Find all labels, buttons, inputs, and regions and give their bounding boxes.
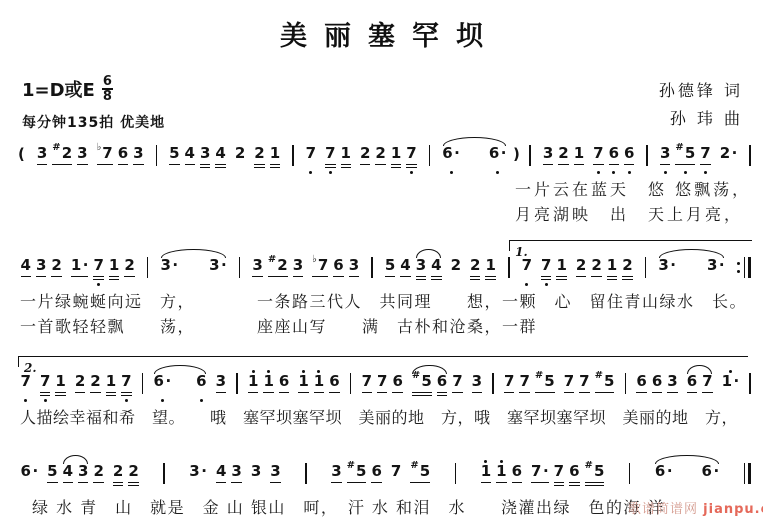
beam-lines — [437, 390, 447, 397]
octave-dot-below-slot — [24, 397, 27, 405]
note: 6 — [115, 140, 130, 177]
note: 2 — [448, 252, 463, 289]
beam-lines — [216, 390, 226, 397]
thin-bar — [429, 145, 431, 166]
beam-group: 116 — [296, 368, 342, 405]
key-text: 1=D或E — [22, 76, 95, 102]
beam-group: 2 — [232, 140, 247, 177]
note: 4 — [18, 252, 33, 289]
note: #5 — [582, 458, 607, 495]
note-digit: 2 — [235, 145, 245, 162]
beam-group: 2212 — [573, 252, 635, 289]
beam-lines — [485, 274, 495, 281]
lyrics-line: 一首歌轻轻飘 荡， 座座山写 满 古朴和沧桑，一群 — [18, 314, 751, 339]
note-digit: 1 — [314, 373, 324, 390]
beam-line — [576, 276, 586, 278]
note-digit: 6· — [442, 145, 460, 162]
note: 3 — [229, 458, 244, 495]
beam-group: 5434 — [382, 252, 444, 289]
beam-lines — [400, 274, 410, 281]
beam-line — [75, 392, 85, 394]
lyrics-line: 一片绿蜿蜒向远 方， 一条路三代人 共同理 想，一颗 心 留住青山绿水 长。 — [18, 289, 751, 314]
octave-dot-below-slot — [125, 397, 128, 405]
note-digit: 3 — [133, 145, 143, 162]
beam-line — [90, 392, 100, 394]
note: 3· — [187, 458, 210, 495]
note: 2 — [373, 140, 388, 177]
note: 3 — [250, 252, 265, 289]
note-digit: #5 — [347, 463, 367, 480]
note-digit: #5 — [410, 463, 430, 480]
octave-dot-below-slot — [450, 169, 453, 177]
beam-lines — [298, 390, 308, 397]
note-digit: 2 — [558, 145, 568, 162]
barline — [147, 257, 149, 278]
note: 7 — [91, 252, 106, 289]
composer-credit: 孙 玮 曲 — [670, 106, 743, 129]
beam-lines — [36, 274, 46, 281]
augmentation-dot: · — [732, 145, 738, 162]
note: 7 — [700, 368, 715, 405]
repeat-dot — [737, 270, 740, 273]
note: 2 — [72, 368, 87, 405]
beam-lines — [564, 390, 574, 397]
note-digit: 4 — [21, 257, 31, 274]
beam-line — [543, 164, 553, 166]
beam-line — [609, 164, 619, 166]
note: 1 — [53, 368, 68, 405]
beam-lines — [655, 480, 673, 487]
note: 3 — [213, 368, 228, 405]
note: 3 — [329, 458, 344, 495]
sharp-icon: # — [585, 461, 593, 471]
note-digit: 3 — [667, 373, 677, 390]
note: 4 — [60, 458, 75, 495]
note-digit: 2 — [90, 373, 100, 390]
beam-lines — [124, 274, 134, 281]
beam-line — [325, 167, 335, 169]
beam-lines — [341, 162, 351, 169]
note: 4 — [182, 140, 197, 177]
thin-bar — [508, 257, 510, 278]
note: 2 — [357, 140, 372, 177]
beam-lines — [687, 390, 697, 397]
beam-line — [93, 276, 103, 278]
beam-lines — [360, 162, 370, 169]
beam-line — [406, 164, 416, 166]
note-digit: 3· — [189, 463, 207, 480]
beam-lines — [585, 480, 605, 487]
note-digit: 7 — [93, 257, 103, 274]
barline — [156, 145, 158, 166]
beam-line — [118, 164, 128, 166]
beam-line — [268, 276, 288, 278]
sharp-icon: # — [268, 255, 276, 265]
note: 2 — [589, 252, 604, 289]
note: 1 — [296, 368, 311, 405]
octave-dot-below — [684, 171, 687, 174]
note: 3 — [469, 368, 484, 405]
beam-lines — [216, 480, 226, 487]
beam-lines — [472, 390, 482, 397]
octave-dot-below-slot — [612, 169, 615, 177]
octave-dot-below-slot — [628, 169, 631, 177]
beam-line — [416, 279, 426, 281]
beam-lines — [160, 274, 178, 281]
beam-line — [55, 395, 65, 397]
beam-lines — [270, 480, 280, 487]
measure: 3#567#5 — [329, 458, 433, 495]
note-digit: 1 — [298, 373, 308, 390]
beam-line — [579, 392, 589, 394]
note-digit: 4 — [63, 463, 73, 480]
beam-line — [109, 276, 119, 278]
beam-lines — [412, 390, 432, 397]
note: 6 — [622, 140, 637, 177]
beam-lines — [268, 274, 288, 281]
measure: 3#23♭763 — [34, 140, 146, 177]
note: 1 — [483, 252, 498, 289]
note-digit: 7 — [21, 373, 31, 390]
beam-line — [51, 276, 61, 278]
note-digit: 7 — [391, 463, 401, 480]
octave-dot-below — [125, 399, 128, 402]
beam-lines — [251, 480, 261, 487]
octave-dot-below — [664, 171, 667, 174]
song-title: 美丽塞罕坝 — [0, 14, 763, 53]
volta-bracket: 2. — [18, 356, 748, 367]
beam-line — [200, 167, 210, 169]
beam-line — [412, 392, 432, 394]
beam-group: 21 — [468, 252, 499, 289]
note-digit: 7 — [519, 373, 529, 390]
note: 7 — [502, 368, 517, 405]
note-digit: 6· — [702, 463, 720, 480]
beam-lines — [489, 162, 507, 169]
beam-line — [574, 164, 584, 166]
beam-group: 3 — [469, 368, 484, 405]
octave-dot-below — [525, 283, 528, 286]
beam-lines — [377, 390, 387, 397]
note-digit: 3· — [707, 257, 725, 274]
thin-bar — [744, 463, 746, 484]
note-digit: 3 — [200, 145, 210, 162]
note-digit: 3 — [251, 463, 261, 480]
thin-bar — [305, 463, 307, 484]
notation-row: 1.4321·7123·3·3#23♭763543422177122123·3· — [18, 252, 751, 289]
beam-line — [585, 482, 605, 484]
parenthesis: ( — [18, 145, 25, 163]
thin-bar — [292, 145, 294, 166]
tempo-expression: 每分钟135拍 优美地 — [22, 112, 165, 132]
beam-lines — [293, 274, 303, 281]
barline — [749, 145, 751, 166]
note-digit: 6· — [489, 145, 507, 162]
slur-tie: 34 — [413, 252, 444, 289]
note-digit: 1 — [496, 463, 506, 480]
note: 6 — [649, 368, 664, 405]
beam-group: 2217 — [72, 368, 134, 405]
beam-line — [702, 392, 712, 394]
note-digit: 1 — [391, 145, 401, 162]
barline — [749, 373, 751, 394]
note-digit: 7 — [452, 373, 462, 390]
beam-lines — [254, 162, 264, 169]
note-digit: 6 — [437, 373, 447, 390]
beam-line — [622, 276, 632, 278]
thin-bar — [371, 257, 373, 278]
barline — [455, 463, 457, 484]
note-digit: 6· — [154, 373, 172, 390]
thin-bar — [749, 373, 751, 394]
note: 3· — [207, 252, 230, 289]
note: 6 — [434, 368, 449, 405]
beam-line — [341, 167, 351, 169]
beam-group: 3 — [268, 458, 283, 495]
barline — [163, 463, 165, 484]
barline — [646, 145, 648, 166]
note: 3 — [34, 140, 49, 177]
beam-lines — [556, 274, 566, 281]
beam-lines — [109, 274, 119, 281]
note: 7 — [323, 140, 338, 177]
watermark: 歌谱简谱网 jianpu.cn — [628, 498, 763, 517]
beam-group: 1· — [719, 368, 742, 405]
beam-line — [636, 392, 646, 394]
note: #5 — [673, 140, 698, 177]
note: 6 — [276, 368, 291, 405]
measure: 4321·712 — [18, 252, 137, 289]
beam-line — [113, 485, 123, 487]
augmentation-dot: · — [670, 257, 676, 274]
beam-line — [263, 392, 273, 394]
beam-line — [400, 276, 410, 278]
beam-lines — [78, 480, 88, 487]
note-digit: 3 — [252, 257, 262, 274]
note: 6 — [509, 458, 524, 495]
beam-lines — [40, 390, 50, 397]
beam-group: 663 — [634, 368, 680, 405]
beam-lines — [200, 162, 210, 169]
beam-lines — [658, 274, 676, 281]
beam-lines — [481, 480, 491, 487]
beam-line — [607, 276, 617, 278]
beam-lines — [452, 390, 462, 397]
note-digit: 1 — [556, 257, 566, 274]
note: 2 — [91, 458, 106, 495]
beam-line — [391, 167, 401, 169]
note-digit: ♭7 — [97, 145, 113, 162]
beam-line — [431, 276, 441, 278]
beam-lines — [558, 162, 568, 169]
augmentation-dot: · — [221, 257, 227, 274]
note-digit: 4 — [216, 463, 226, 480]
note-digit: 6 — [636, 373, 646, 390]
note-digit: 3 — [293, 257, 303, 274]
beam-lines — [121, 390, 131, 397]
note: 3 — [657, 140, 672, 177]
augmentation-dot: · — [32, 463, 38, 480]
beam-group: 67 — [684, 368, 715, 405]
octave-dot-below — [161, 399, 164, 402]
note-digit: 3 — [543, 145, 553, 162]
beam-group: ♭763 — [310, 252, 362, 289]
beam-line — [569, 482, 579, 484]
measure: 6·6· — [652, 458, 721, 495]
note: 1 — [388, 140, 403, 177]
spacer — [174, 368, 194, 369]
note: 4 — [213, 140, 228, 177]
note-digit: 6 — [392, 373, 402, 390]
beam-lines — [675, 162, 695, 169]
beam-lines — [329, 390, 339, 397]
note: 3· — [704, 252, 727, 289]
measure: 7712217 — [303, 140, 419, 177]
slur-tie: #56 — [409, 368, 449, 405]
beam-lines — [128, 480, 138, 487]
note: #5 — [532, 368, 557, 405]
beam-line — [349, 276, 359, 278]
note-digit: 1 — [248, 373, 258, 390]
beam-line — [607, 279, 617, 281]
notation-row: (3#23♭763543422177122176·6·)3217663#572· — [18, 140, 751, 177]
note: 6 — [634, 368, 649, 405]
note: 1 — [103, 368, 118, 405]
barline — [371, 257, 373, 278]
time-signature: 6 8 — [102, 76, 113, 102]
note: #2 — [265, 252, 290, 289]
beam-group: 7 — [388, 458, 403, 495]
beam-line — [52, 164, 72, 166]
spacer — [181, 252, 207, 253]
beam-lines — [451, 274, 461, 281]
note: 2 — [126, 458, 141, 495]
beam-lines — [21, 390, 31, 397]
barline — [305, 463, 307, 484]
note: 1 — [338, 140, 353, 177]
note-digit: 7 — [377, 373, 387, 390]
note: 3 — [290, 252, 305, 289]
augmentation-dot: · — [667, 463, 673, 480]
thin-bar — [455, 463, 457, 484]
beam-group: 22 — [110, 458, 141, 495]
note-digit: #5 — [535, 373, 555, 390]
repeat-barline — [737, 257, 751, 278]
octave-dot-below — [612, 171, 615, 174]
beam-lines — [431, 274, 441, 281]
beam-lines — [702, 390, 712, 397]
beam-lines — [574, 162, 584, 169]
beam-line — [254, 164, 264, 166]
beam-line — [535, 392, 555, 394]
beam-lines — [391, 162, 401, 169]
beam-line — [341, 164, 351, 166]
beam-line — [452, 392, 462, 394]
octave-dot-below — [545, 283, 548, 286]
beam-line — [55, 392, 65, 394]
note-digit: 3 — [660, 145, 670, 162]
beam-lines — [385, 274, 395, 281]
beam-line — [360, 164, 370, 166]
slur-tie: 43 — [60, 458, 91, 495]
beam-lines — [106, 390, 116, 397]
beam-group: 3#56 — [329, 458, 385, 495]
note-digit: 7 — [325, 145, 335, 162]
thin-bar — [350, 373, 352, 394]
beam-lines — [209, 274, 227, 281]
note-digit: 7 — [522, 257, 532, 274]
note: 2 — [88, 368, 103, 405]
beam-lines — [410, 480, 430, 487]
beam-line — [531, 482, 549, 484]
augmentation-dot: · — [454, 145, 460, 162]
beam-line — [437, 395, 447, 397]
repeat-dots — [737, 262, 740, 273]
beam-lines — [55, 390, 65, 397]
beam-line — [595, 392, 615, 394]
note: 7· — [529, 458, 552, 495]
note: 7 — [37, 368, 52, 405]
beam-line — [377, 392, 387, 394]
note-digit: 7 — [564, 373, 574, 390]
volta-number: 1. — [510, 246, 528, 258]
beam-lines — [97, 162, 113, 169]
beam-line — [556, 279, 566, 281]
beam-group: #567 — [409, 368, 465, 405]
barline — [492, 373, 494, 394]
spacer — [462, 140, 486, 141]
beam-line — [185, 164, 195, 166]
beam-group: 71 — [323, 140, 354, 177]
beam-group: 3· — [187, 458, 210, 495]
barline — [239, 257, 241, 278]
beam-group: 3#23 — [34, 140, 90, 177]
octave-dot-below-slot — [44, 397, 47, 405]
beam-line — [412, 395, 432, 397]
thin-bar — [147, 257, 149, 278]
note-digit: 6· — [21, 463, 39, 480]
barline — [142, 373, 144, 394]
note-digit: 6 — [333, 257, 343, 274]
thin-bar — [629, 463, 631, 484]
note: 2 — [110, 458, 125, 495]
octave-dot-below — [450, 171, 453, 174]
note: 6· — [699, 458, 722, 495]
beam-line — [391, 164, 401, 166]
note-digit: 3· — [658, 257, 676, 274]
note: 2 — [252, 140, 267, 177]
beam-line — [416, 276, 426, 278]
beam-line — [331, 482, 341, 484]
note-digit: 6 — [371, 463, 381, 480]
beam-line — [293, 276, 303, 278]
octave-dot-below — [597, 171, 600, 174]
note-digit: 5 — [385, 257, 395, 274]
note-digit: 2 — [622, 257, 632, 274]
beam-lines — [442, 162, 460, 169]
octave-dot-below — [329, 171, 332, 174]
note: 5 — [45, 458, 60, 495]
note: 7 — [404, 140, 419, 177]
beam-lines — [700, 162, 710, 169]
octave-dot-below-slot — [704, 169, 707, 177]
beam-line — [504, 392, 514, 394]
beam-lines — [660, 162, 670, 169]
note-digit: 2 — [576, 257, 586, 274]
beam-lines — [93, 480, 103, 487]
beam-lines — [554, 480, 564, 487]
note: 6 — [390, 368, 405, 405]
